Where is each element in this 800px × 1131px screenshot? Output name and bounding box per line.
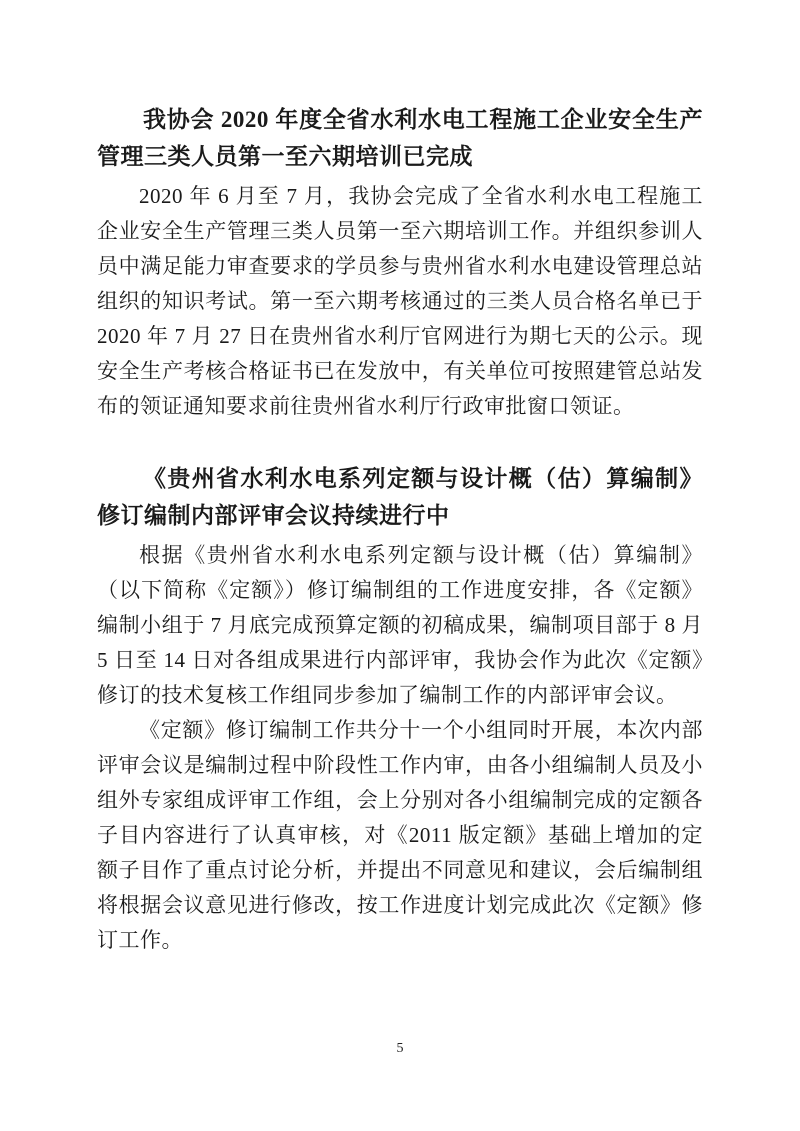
- article-training-completed: 我协会 2020 年度全省水利水电工程施工企业安全生产管理三类人员第一至六期培训…: [97, 101, 703, 424]
- article-paragraph: 2020 年 6 月至 7 月，我协会完成了全省水利水电工程施工企业安全生产管理…: [97, 179, 703, 424]
- document-page: 我协会 2020 年度全省水利水电工程施工企业安全生产管理三类人员第一至六期培训…: [0, 0, 800, 1131]
- article-paragraph: 《定额》修订编制工作共分十一个小组同时开展，本次内部评审会议是编制过程中阶段性工…: [97, 713, 703, 958]
- article-quota-review: 《贵州省水利水电系列定额与设计概（估）算编制》修订编制内部评审会议持续进行中 根…: [97, 460, 703, 958]
- article-title-training: 我协会 2020 年度全省水利水电工程施工企业安全生产管理三类人员第一至六期培训…: [97, 101, 703, 175]
- page-number: 5: [0, 1041, 800, 1057]
- article-title-quota-review: 《贵州省水利水电系列定额与设计概（估）算编制》修订编制内部评审会议持续进行中: [97, 460, 703, 534]
- page-content: 我协会 2020 年度全省水利水电工程施工企业安全生产管理三类人员第一至六期培训…: [97, 101, 703, 958]
- article-paragraph: 根据《贵州省水利水电系列定额与设计概（估）算编制》（以下简称《定额》）修订编制组…: [97, 538, 703, 713]
